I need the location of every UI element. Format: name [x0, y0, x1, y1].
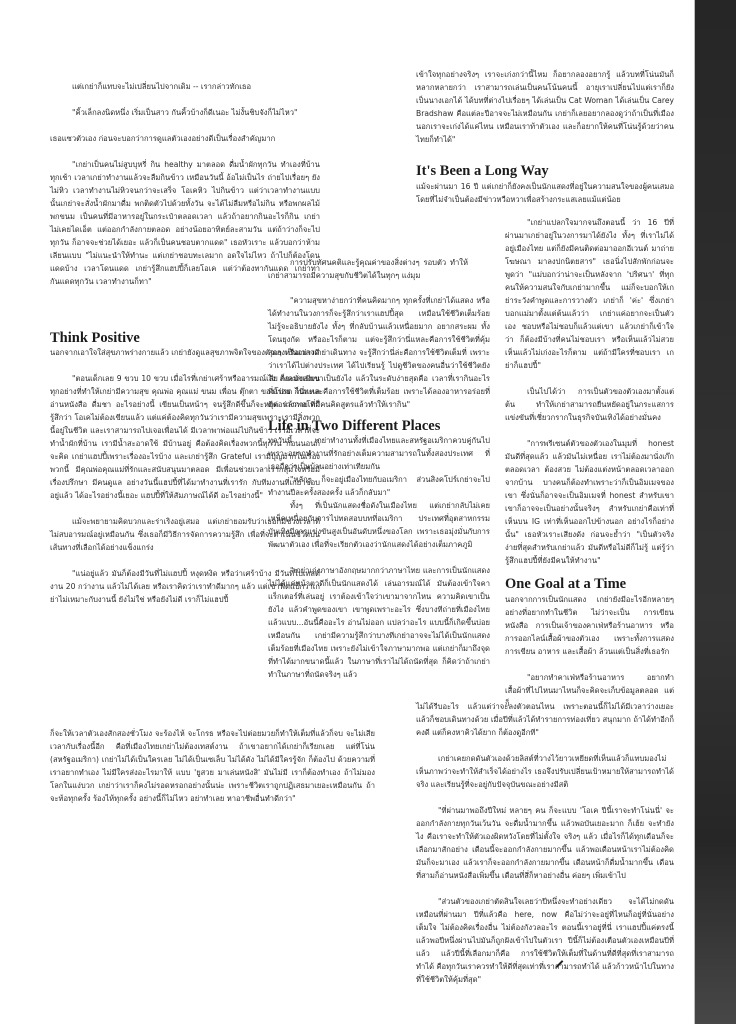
quote: "การพรีเซนต์ตัวของตัวเองในมุมที่ honest …: [505, 437, 674, 567]
paragraph: แต่เกย่าก็แทบจะไม่เปลี่ยนไปจากเดิม -- เร…: [50, 80, 320, 93]
paragraph: การปรับทัศนคติและรู้คุณค่าของสิ่งต่างๆ ร…: [268, 256, 468, 282]
heading-long-way: It's Been a Long Way: [416, 163, 549, 179]
middle-column-quote: "ความสุขหาง่ายกว่าที่คนคิดมากๆ ทุกครั้งท…: [268, 294, 490, 424]
quote-continued: ไม่ได้รีบอะไร แล้วแต่ว่าจะลงตัวตอนไหน เพ…: [416, 700, 674, 739]
heading-life-in-two-places: Life in Two Different Places: [268, 418, 440, 434]
paragraph: เป็นไปได้ว่า การเป็นตัวของตัวเองมาตั้งแต…: [505, 385, 674, 424]
page-spine-shadow: [694, 0, 736, 1024]
magazine-page: แต่เกย่าก็แทบจะไม่เปลี่ยนไปจากเดิม -- เร…: [0, 0, 694, 1024]
right-column-goal: นอกจากการเป็นนักแสดง เกย่ายังมีอะไรอีกหล…: [505, 593, 674, 710]
paragraph: นอกจากการเป็นนักแสดง เกย่ายังมีอะไรอีกหล…: [505, 593, 674, 658]
quote-continued: เข้าใจทุกอย่างจริงๆ เราจะเก่งกว่านี้ไหม …: [416, 68, 674, 146]
right-column-top: เข้าใจทุกอย่างจริงๆ เราจะเก่งกว่านี้ไหม …: [416, 68, 674, 146]
quote: "คิ้วเล็กลงนิดหนึ่ง เริ่มเป็นสาว กันคิ้ว…: [50, 106, 320, 119]
paragraph: ทุกวันนี้ เกย่าทำงานทั้งที่เมืองไทยและสห…: [268, 434, 490, 473]
paragraph: ทั้งๆ ที่เป็นนักแสดงชื่อดังในเมืองไทย แต…: [268, 499, 490, 551]
paragraph: เธอแซวตัวเอง ก่อนจะบอกว่าการดูแลตัวเองอย…: [50, 132, 320, 145]
quote: "เกย่าเก่งภาษาอังกฤษมากกว่าภาษาไทย และกา…: [268, 564, 490, 681]
paragraph: เกย่าเคยกดดันตัวเองด้วยลิสต์ที่วางไว้ยาว…: [416, 752, 674, 791]
quote-continued: ก็จะให้เวลาตัวเองสักสองชั่วโมง จะร้องไห้…: [50, 727, 375, 805]
right-column-intro: แม้จะผ่านมา 16 ปี แต่เกย่าก็ยังคงเป็นนัก…: [416, 180, 674, 206]
middle-column-bottom: ทุกวันนี้ เกย่าทำงานทั้งที่เมืองไทยและสห…: [268, 434, 490, 681]
left-column-bottom: ก็จะให้เวลาตัวเองสักสองชั่วโมง จะร้องไห้…: [50, 727, 375, 805]
quote: "หลักๆ ก็จะอยู่เมืองไทยกับอเมริกา ส่วนสิ…: [268, 473, 490, 499]
quote: "ความสุขหาง่ายกว่าที่คนคิดมากๆ ทุกครั้งท…: [268, 294, 490, 411]
quote: "ส่วนตัวของเกย่าตัดสินใจเลยว่าปีหนึ่งจะท…: [416, 895, 674, 986]
right-column-narrow: "เกย่าแปลกใจมากจนถึงตอนนี้ ว่า 16 ปีที่ผ…: [505, 216, 674, 567]
quote: "เกย่าแปลกใจมากจนถึงตอนนี้ ว่า 16 ปีที่ผ…: [505, 216, 674, 372]
right-column-bottom: ไม่ได้รีบอะไร แล้วแต่ว่าจะลงตัวตอนไหน เพ…: [416, 700, 674, 986]
paragraph: แม้จะผ่านมา 16 ปี แต่เกย่าก็ยังคงเป็นนัก…: [416, 180, 674, 206]
quote: "ที่ผ่านมาพอถึงปีใหม่ หลายๆ คน ก็จะแบบ '…: [416, 804, 674, 882]
heading-one-goal: One Goal at a Time: [505, 576, 626, 592]
heading-think-positive: Think Positive: [50, 330, 140, 346]
middle-column-top: การปรับทัศนคติและรู้คุณค่าของสิ่งต่างๆ ร…: [268, 256, 468, 282]
